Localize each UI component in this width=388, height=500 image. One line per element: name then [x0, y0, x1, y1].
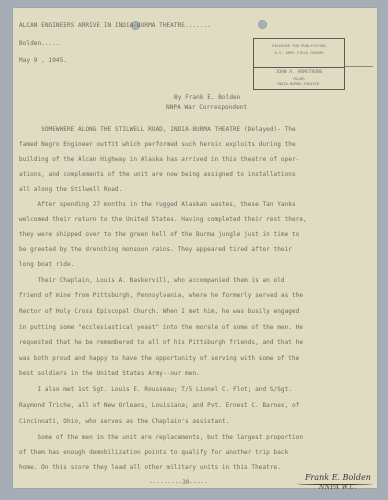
body-line: SOMEWHERE ALONG THE STILWELL ROAD, INDIA…: [19, 127, 296, 133]
body-line: home. On this score they lead all other …: [19, 465, 281, 471]
body-line: of them has enough demobilization points…: [19, 450, 288, 456]
body-line: was both proud and happy to have the opp…: [19, 356, 299, 362]
stamp-line-1: RELEASED FOR PUBLICATION: [254, 45, 344, 49]
body-line: Some of the men in the unit are replacem…: [19, 435, 303, 441]
body-line: be greeted by the drenching monsoon rain…: [19, 247, 292, 253]
body-line: Rector of Holy Cross Episcopal Church. W…: [19, 309, 299, 315]
body-line: ations, and complements of the unit are …: [19, 172, 296, 178]
body-line: welcomed their return to the United Stat…: [19, 217, 307, 223]
document-page: ALCAN ENGINEERS ARRIVE IN INDIA-BURMA TH…: [13, 8, 377, 488]
body-line: Their Chaplain, Louis A. Baskervill, who…: [19, 278, 285, 284]
body-line: long boat ride.: [19, 262, 74, 268]
body-line: building of the Alcan Highway in Alaska …: [19, 157, 299, 163]
byline: By Frank E. Bolden: [174, 95, 240, 101]
handwritten-signature: Frank E. Bolden NNPA W.C.: [295, 473, 375, 495]
headline: ALCAN ENGINEERS ARRIVE IN INDIA-BURMA TH…: [19, 23, 211, 29]
body-line: all along the Stilwell Road.: [19, 187, 122, 193]
body-line: best soldiers in the United States Army-…: [19, 371, 200, 377]
body-line: I also met 1st Sgt. Louis E. Rousseau; T…: [19, 387, 292, 393]
byline-title: NNPA War Correspondent: [166, 105, 247, 111]
signature-title: NNPA W.C.: [319, 484, 357, 491]
stamp-line-tail: [345, 66, 373, 67]
censor-stamp: RELEASED FOR PUBLICATION U.S. ARMY FIELD…: [253, 38, 345, 90]
stamp-line-2: U.S. ARMY FIELD CENSOR: [254, 52, 344, 56]
body-line: famed Negro Engineer outfit which perfor…: [19, 142, 296, 148]
punch-hole-right: [258, 20, 267, 29]
stamp-divider: [254, 67, 344, 68]
censor-name: JOHN A. ARMSTRONG: [254, 71, 344, 76]
signature-name: Frank E. Bolden: [305, 473, 371, 482]
body-line: friend of mine from Pittsburgh, Pennsylv…: [19, 293, 303, 299]
body-line: requested that he be remembered to all o…: [19, 340, 303, 346]
document-date: May 9 , 1945.: [19, 58, 67, 64]
body-line: in putting some "ecclesiastical yeast" i…: [19, 325, 303, 331]
body-line: After spending 27 months in the rugged A…: [19, 202, 296, 208]
author-slug: Bolden.....: [19, 41, 60, 47]
body-line: they were shipped over to the green hell…: [19, 232, 299, 238]
body-line: Raymond Triche, all of New Orleans, Loui…: [19, 403, 299, 409]
end-mark: ---------30-----: [149, 480, 208, 486]
censor-unit: INDIA-BURMA-THEATER.: [254, 83, 344, 87]
body-line: Cincinnati, Ohio, who serves as the Chap…: [19, 419, 229, 425]
